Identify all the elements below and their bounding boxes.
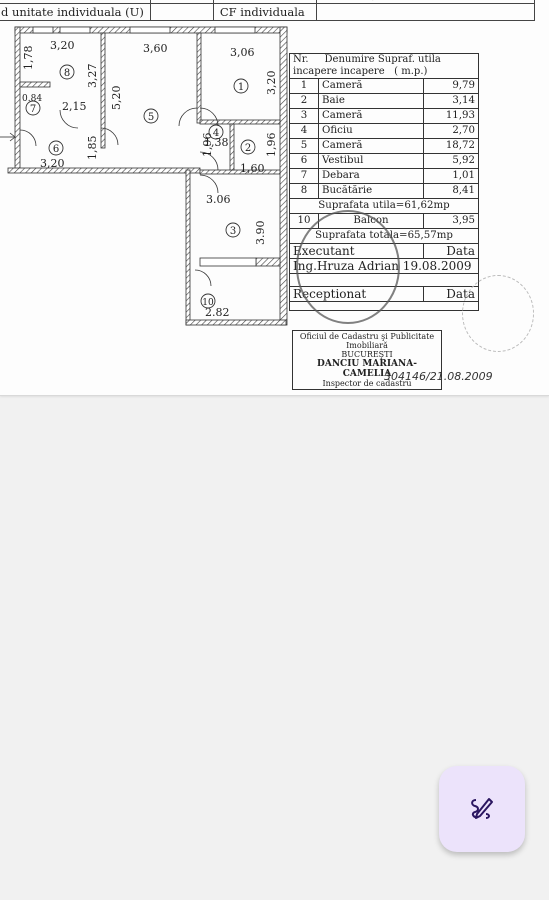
room-nr: 5 [290,139,319,154]
svg-text:3,27: 3,27 [86,64,99,89]
svg-text:3,20: 3,20 [50,39,75,52]
room-area: 8,41 [424,184,479,199]
room-name: Vestibul [319,154,424,169]
room-area: 1,01 [424,169,479,184]
room-area: 3,95 [424,214,479,229]
svg-text:1: 1 [238,82,244,93]
room-area: 9,79 [424,79,479,94]
date-label: Data [424,244,479,259]
room-name: Bucătărie [319,184,424,199]
svg-text:2,15: 2,15 [62,100,87,113]
svg-text:3,20: 3,20 [265,71,278,96]
svg-text:6: 6 [53,144,59,155]
useful-area: Suprafata utila=61,62mp [290,199,479,214]
svg-text:5: 5 [148,112,154,123]
svg-text:3: 3 [230,226,236,237]
cadastral-header-table: ...colectiva nr. UAT Sector 6,Bucuresti … [0,0,535,21]
svg-text:3.90: 3.90 [254,221,267,246]
svg-text:7: 7 [30,104,36,115]
room-area: 2,70 [424,124,479,139]
svg-text:5,20: 5,20 [110,86,123,111]
table-row: 1Cameră9,79 [290,79,479,94]
table-header: Nr. Denumire Supraf. utila incapere inca… [290,54,479,79]
svg-text:0.84: 0.84 [22,94,42,104]
room-name: Oficiu [319,124,424,139]
room-nr: 7 [290,169,319,184]
room-nr: 8 [290,184,319,199]
svg-text:3,06: 3,06 [230,46,255,59]
ocpi-line: Oficiul de Cadastru şi Publicitate Imobi… [293,332,441,350]
room-name: Cameră [319,109,424,124]
header-cell [316,4,534,21]
ocpi-line: BUCUREŞTI [293,350,441,359]
table-row: 8Bucătărie8,41 [290,184,479,199]
svg-text:1,85: 1,85 [86,136,99,161]
header-cell: CF individuala [213,4,316,21]
header-cell: d unitate individuala (U) [0,4,150,21]
room-name: Cameră [319,79,424,94]
table-row: 6Vestibul5,92 [290,154,479,169]
floor-plan: 3,20 3,60 3,06 2,15 3,20 3.06 1,38 1,60 … [0,20,290,330]
svg-text:3,60: 3,60 [143,42,168,55]
room-name: Cameră [319,139,424,154]
draw-pen-icon [467,794,497,824]
svg-text:8: 8 [64,68,70,79]
svg-text:1,96: 1,96 [265,133,278,158]
svg-text:10: 10 [202,298,214,308]
official-stamp [296,210,400,324]
document-image: ...colectiva nr. UAT Sector 6,Bucuresti … [0,0,549,396]
room-name: Baie [319,94,424,109]
svg-text:3,20: 3,20 [40,157,65,170]
svg-text:3.06: 3.06 [206,193,231,206]
faded-stamp [462,275,534,352]
annotate-fab-button[interactable] [439,766,525,852]
room-nr: 6 [290,154,319,169]
svg-text:1,60: 1,60 [240,162,265,175]
table-row: 2Baie3,14 [290,94,479,109]
room-area: 11,93 [424,109,479,124]
table-row: 7Debara1,01 [290,169,479,184]
handwritten-note: 304146/21.08.2009 [384,370,493,383]
room-area: 3,14 [424,94,479,109]
svg-text:4: 4 [213,128,219,139]
svg-text:1,78: 1,78 [22,46,35,71]
room-nr: 3 [290,109,319,124]
header-cell [150,4,213,21]
room-nr: 4 [290,124,319,139]
table-row: 5Cameră18,72 [290,139,479,154]
room-area: 5,92 [424,154,479,169]
room-nr: 1 [290,79,319,94]
room-nr: 2 [290,94,319,109]
table-row: 3Cameră11,93 [290,109,479,124]
room-area: 18,72 [424,139,479,154]
table-row: 4Oficiu2,70 [290,124,479,139]
room-name: Debara [319,169,424,184]
svg-text:2: 2 [245,143,251,154]
